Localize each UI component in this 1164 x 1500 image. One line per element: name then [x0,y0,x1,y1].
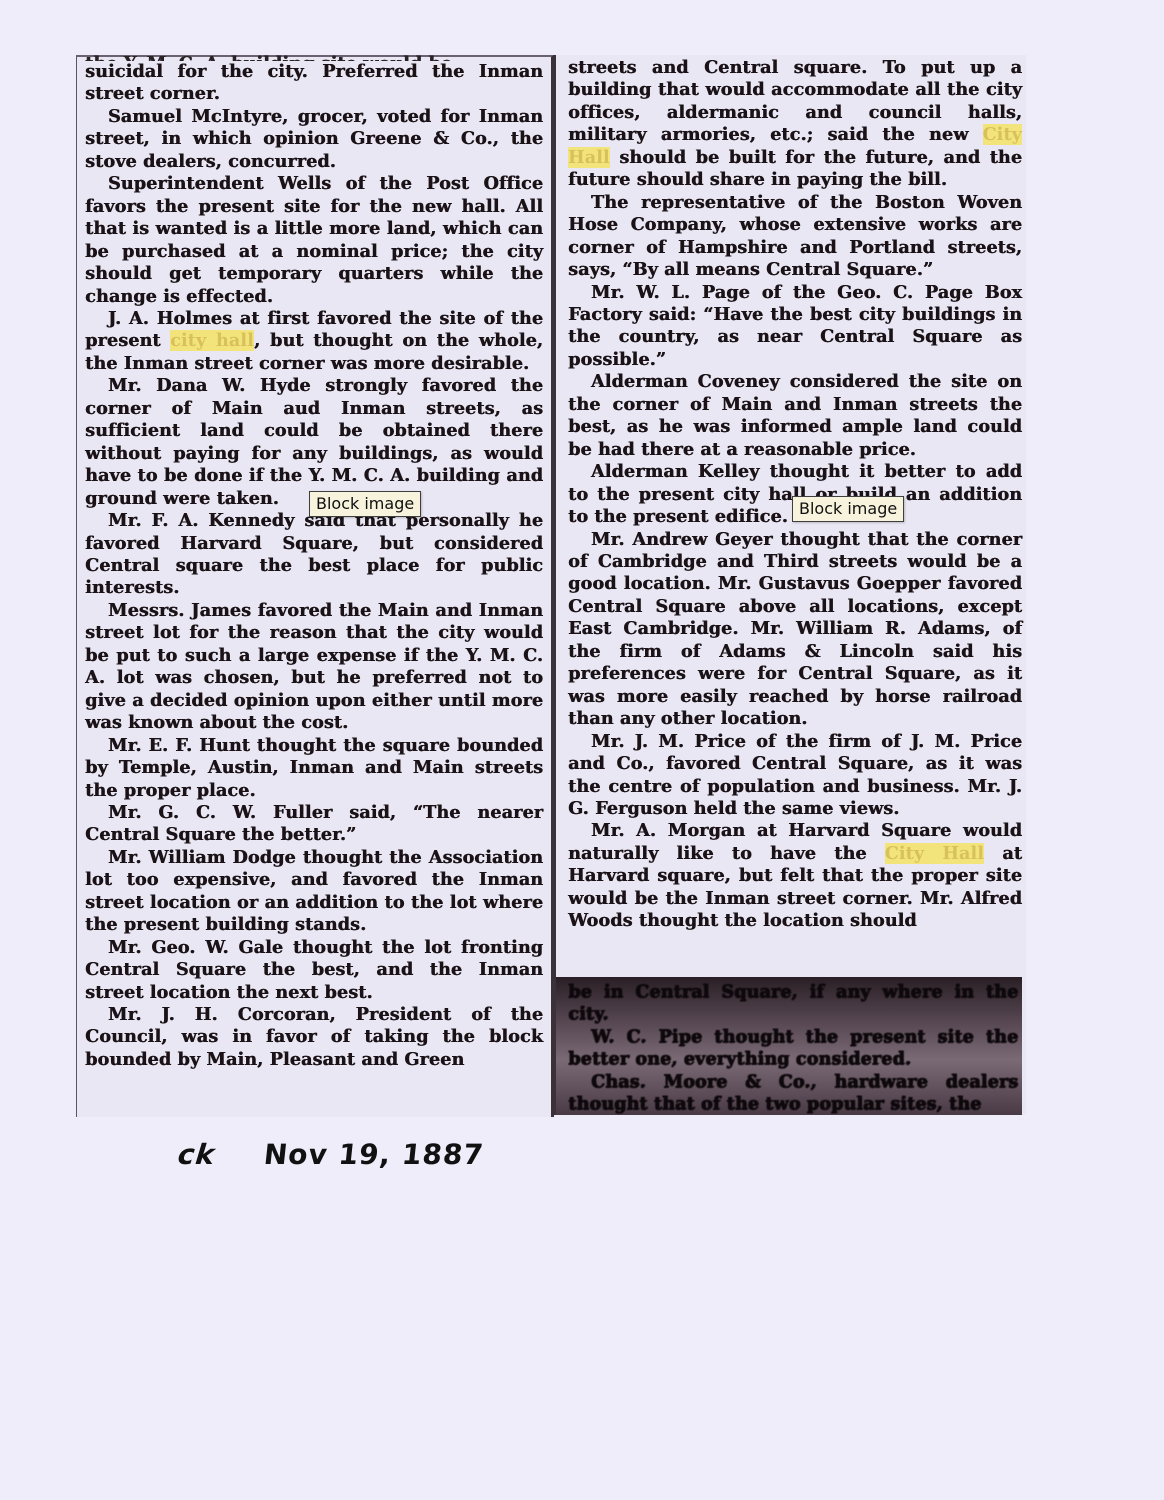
paragraph: W. C. Pipe thought the present site the … [568,1026,1018,1071]
paragraph: streets and Central square. To put up a … [568,57,1022,192]
paragraph: Mr. J. H. Corcoran, President of the Cou… [85,1004,543,1071]
paragraph: Mr. W. L. Page of the Geo. C. Page Box F… [568,282,1022,372]
paragraph: Mr. F. A. Kennedy said that personally h… [85,510,543,600]
paragraph: Superintendent Wells of the Post Office … [85,173,543,308]
search-highlight: city hall [170,330,254,351]
paragraph: Mr. William Dodge thought the Associatio… [85,847,543,937]
left-column-clipping: the Y. M. C. A. building site would be s… [76,55,554,1117]
paragraph: J. A. Holmes at first favored the site o… [85,308,543,375]
paragraph: Alderman Coveney considered the site on … [568,371,1022,461]
paragraph: Mr. Andrew Geyer thought that the corner… [568,529,1022,731]
paragraph: suicidal for the city. Preferred the Inm… [85,61,543,106]
paragraph: Mr. A. Morgan at Harvard Square would na… [568,820,1022,932]
cut-off-line: the Y. M. C. A. building site would be [85,53,543,61]
handwritten-date: Nov 19, 1887 [262,1138,485,1171]
right-column-text: streets and Central square. To put up a … [568,57,1022,933]
paragraph: The representative of the Boston Woven H… [568,192,1022,282]
block-image-tooltip[interactable]: Block image [792,496,904,522]
paragraph: Mr. J. M. Price of the firm of J. M. Pri… [568,731,1022,821]
right-column-clipping: streets and Central square. To put up a … [553,55,1026,1115]
paragraph: Mr. E. F. Hunt thought the square bounde… [85,735,543,802]
handwritten-note: ck Nov 19, 1887 [176,1138,485,1171]
paragraph: Mr. G. C. W. Fuller said, “The nearer Ce… [85,802,543,847]
search-highlight: City Hall [885,843,984,864]
block-image-tooltip[interactable]: Block image [309,491,421,517]
handwritten-initials: ck [176,1138,217,1171]
paragraph: Mr. Geo. W. Gale thought the lot frontin… [85,937,543,1004]
paragraph: Mr. Dana W. Hyde strongly favored the co… [85,375,543,510]
left-column-text: the Y. M. C. A. building site would be s… [85,59,543,1071]
paragraph: Samuel McIntyre, grocer, voted for Inman… [85,106,543,173]
paragraph: Chas. Moore & Co., hardware dealers thou… [568,1071,1018,1115]
paragraph: be in Central Square, if any where in th… [568,981,1018,1026]
paragraph: Messrs. James favored the Main and Inman… [85,600,543,735]
dark-scanned-section: be in Central Square, if any where in th… [556,977,1022,1115]
